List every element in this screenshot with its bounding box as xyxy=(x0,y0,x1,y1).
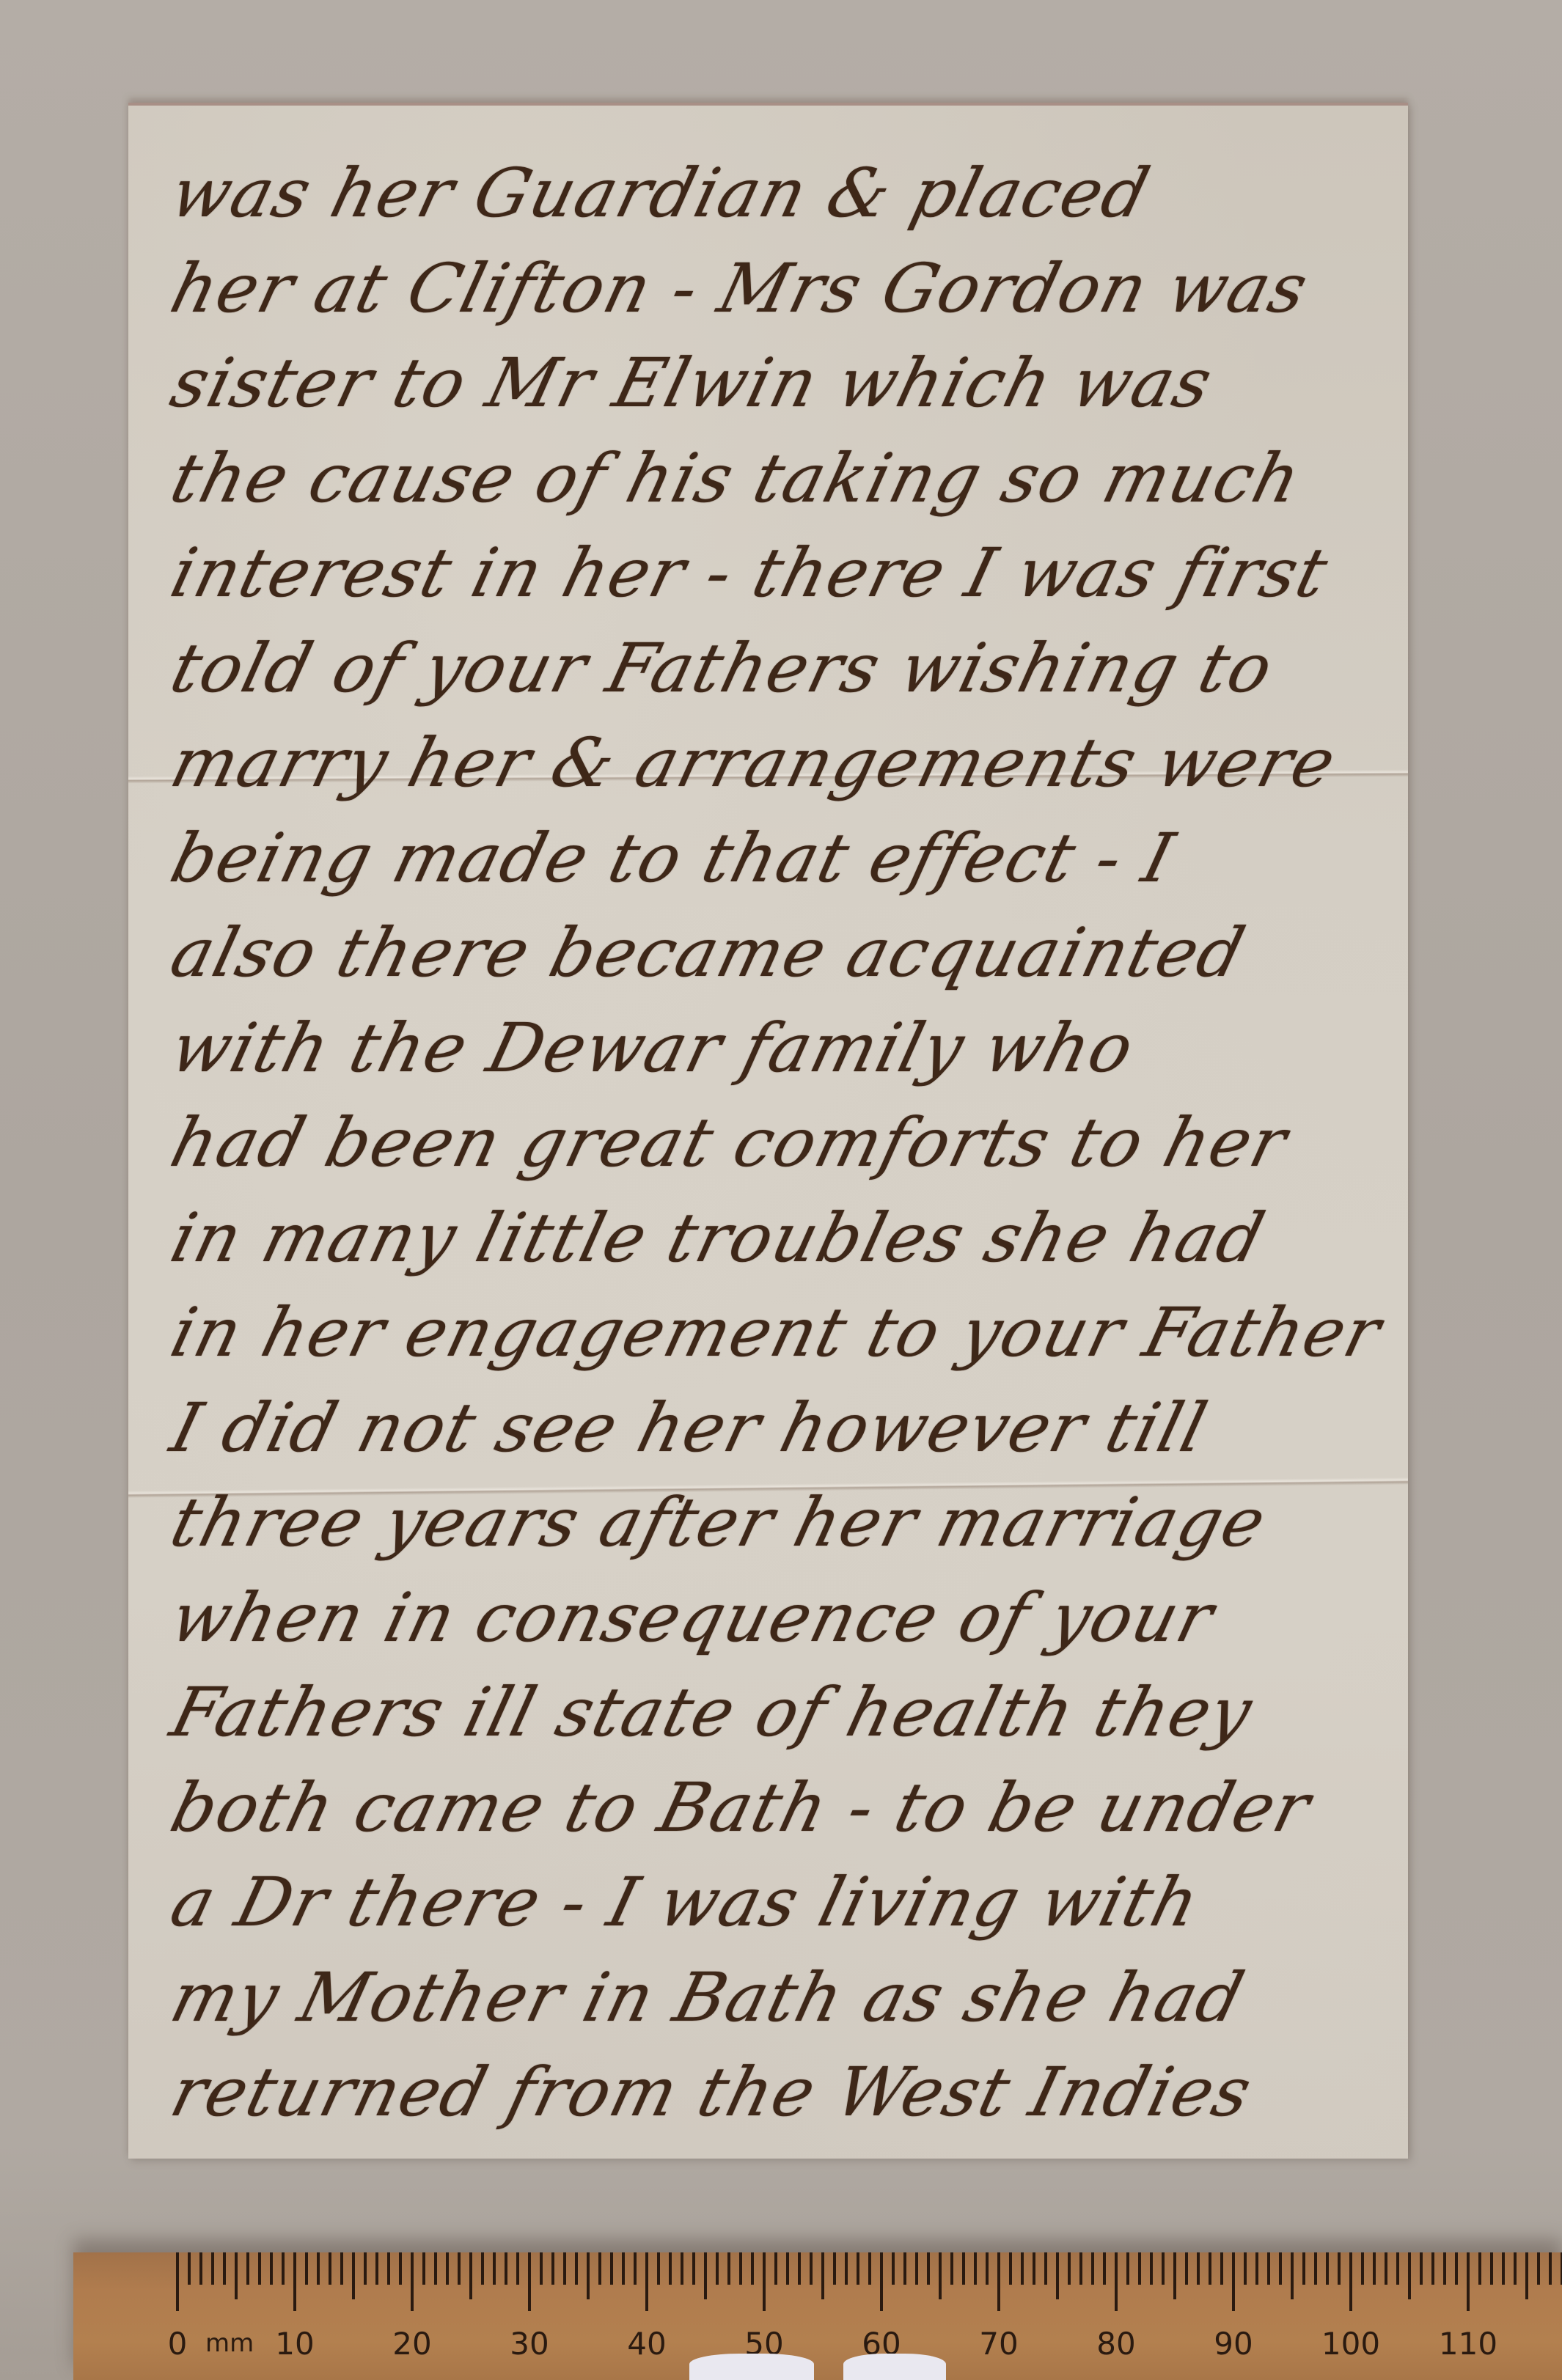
ruler-label: 100 xyxy=(1321,2326,1380,2362)
text-line: my Mother in Bath as she had xyxy=(161,1950,1417,2046)
tissue-paper xyxy=(689,2354,814,2380)
text-line: told of your Fathers wishing to xyxy=(161,621,1417,716)
ruler-unit-label: mm xyxy=(205,2329,254,2358)
letter-page: was her Guardian & placed her at Clifton… xyxy=(128,103,1408,2159)
text-line: Fathers ill state of health they xyxy=(161,1665,1417,1760)
text-line: sister to Mr Elwin which was xyxy=(161,336,1417,431)
text-line: was her Guardian & placed xyxy=(161,146,1417,241)
text-line: a Dr there - I was living with xyxy=(161,1855,1417,1950)
measuring-ruler: 0 mm 10 20 30 40 50 60 70 80 90 100 110 xyxy=(73,2252,1562,2380)
text-line: in many little troubles she had xyxy=(161,1191,1417,1286)
handwritten-text: was her Guardian & placed her at Clifton… xyxy=(161,146,1393,2140)
text-line: had been great comforts to her xyxy=(161,1095,1417,1191)
text-line: also there became acquainted xyxy=(161,906,1417,1001)
ruler-label: 0 xyxy=(168,2326,188,2362)
ruler-label: 80 xyxy=(1096,2326,1135,2362)
ruler-ticks xyxy=(73,2252,1562,2318)
ruler-label: 40 xyxy=(627,2326,666,2362)
text-line: interest in her - there I was first xyxy=(161,526,1417,621)
text-line: her at Clifton - Mrs Gordon was xyxy=(161,241,1417,337)
text-line: being made to that effect - I xyxy=(161,811,1417,906)
text-line: with the Dewar family who xyxy=(161,1001,1417,1096)
text-line: both came to Bath - to be under xyxy=(161,1760,1417,1856)
ruler-label: 90 xyxy=(1214,2326,1253,2362)
text-line: I did not see her however till xyxy=(161,1381,1417,1476)
text-line: marry her & arrangements were xyxy=(161,716,1417,811)
tissue-paper xyxy=(843,2354,946,2380)
ruler-label: 20 xyxy=(392,2326,431,2362)
ruler-label: 110 xyxy=(1439,2326,1497,2362)
ruler-label: 10 xyxy=(275,2326,314,2362)
text-line: when in consequence of your xyxy=(161,1571,1417,1666)
text-line: the cause of his taking so much xyxy=(161,431,1417,526)
text-line: three years after her marriage xyxy=(161,1475,1417,1571)
ruler-label: 70 xyxy=(979,2326,1018,2362)
text-line: in her engagement to your Father xyxy=(161,1285,1417,1381)
ruler-label: 30 xyxy=(510,2326,549,2362)
text-line: returned from the West Indies xyxy=(161,2045,1417,2140)
